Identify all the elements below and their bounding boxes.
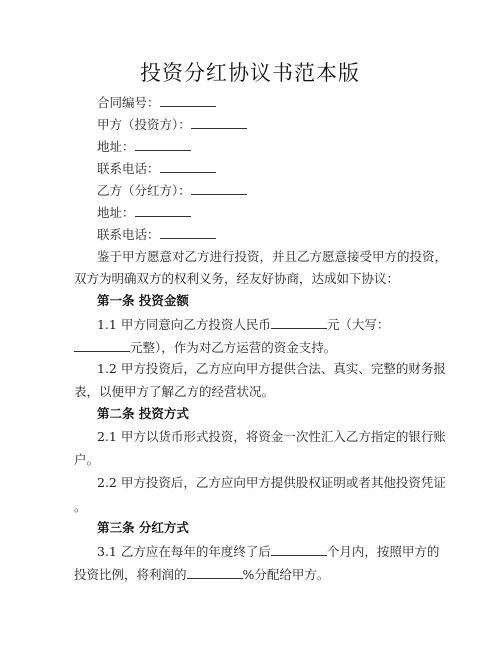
field-party-b: 乙方（分红方）： <box>97 182 247 199</box>
field-party-b-address: 地址： <box>97 204 191 221</box>
document-page: 投资分红协议书范本版 合同编号： 甲方（投资方）： 地址： 联系电话： 乙方（分… <box>0 0 500 647</box>
clause-2-2-line-1: 2.2 甲方投资后，乙方应向甲方提供股权证明或者其他投资凭证 <box>97 475 446 491</box>
clause-text: 个月内，按照甲方的 <box>327 544 440 559</box>
field-label: 甲方（投资方）： <box>97 117 191 132</box>
document-title: 投资分红协议书范本版 <box>0 57 500 87</box>
party-a-blank[interactable] <box>191 116 247 129</box>
party-b-address-blank[interactable] <box>135 204 191 217</box>
field-party-a: 甲方（投资方）： <box>97 116 247 133</box>
contract-number-blank[interactable] <box>160 94 216 107</box>
clause-1-1-line-1: 1.1 甲方同意向乙方投资人民币元（大写： <box>97 316 389 333</box>
clause-2-1-line-2: 户。 <box>74 452 99 468</box>
section-2-heading: 第二条 投资方式 <box>97 406 189 422</box>
field-label: 合同编号： <box>97 95 160 110</box>
clause-2-2-line-2: 。 <box>74 499 87 515</box>
party-a-phone-blank[interactable] <box>160 160 216 173</box>
clause-text: 元整），作为对乙方运营的资金支持。 <box>130 340 336 355</box>
profit-percent-blank[interactable] <box>187 566 243 579</box>
clause-text: 投资比例，将利润的 <box>74 567 187 582</box>
clause-text: 元（大写： <box>327 317 390 332</box>
clause-text: 3.1 乙方应在每年的年度终了后 <box>97 544 271 559</box>
field-party-b-phone: 联系电话： <box>97 226 216 243</box>
field-contract-number: 合同编号： <box>97 94 216 111</box>
party-a-address-blank[interactable] <box>135 138 191 151</box>
field-label: 乙方（分红方）： <box>97 183 191 198</box>
clause-3-1-line-2: 投资比例，将利润的%分配给甲方。 <box>74 566 329 583</box>
field-label: 地址： <box>97 139 135 154</box>
section-3-heading: 第三条 分红方式 <box>97 520 189 536</box>
clause-1-1-line-2: 元整），作为对乙方运营的资金支持。 <box>74 339 336 356</box>
section-1-heading: 第一条 投资金额 <box>97 293 189 309</box>
months-blank[interactable] <box>271 543 327 556</box>
investment-amount-blank[interactable] <box>271 316 327 329</box>
clause-text: 1.1 甲方同意向乙方投资人民币 <box>97 317 271 332</box>
field-label: 联系电话： <box>97 227 160 242</box>
field-label: 联系电话： <box>97 161 160 176</box>
field-label: 地址： <box>97 205 135 220</box>
clause-text: %分配给甲方。 <box>243 567 330 582</box>
clause-2-1-line-1: 2.1 甲方以货币形式投资，将资金一次性汇入乙方指定的银行账 <box>97 429 446 445</box>
preamble-line-1: 鉴于甲方愿意对乙方进行投资，并且乙方愿意接受甲方的投资， <box>97 249 447 265</box>
preamble-line-2: 双方为明确双方的权利义务，经友好协商，达成如下协议： <box>74 271 399 287</box>
clause-3-1-line-1: 3.1 乙方应在每年的年度终了后个月内，按照甲方的 <box>97 543 439 560</box>
party-b-phone-blank[interactable] <box>160 226 216 239</box>
clause-1-2-line-1: 1.2 甲方投资后，乙方应向甲方提供合法、真实、完整的财务报 <box>97 361 446 377</box>
field-party-a-address: 地址： <box>97 138 191 155</box>
amount-in-words-blank[interactable] <box>74 339 130 352</box>
field-party-a-phone: 联系电话： <box>97 160 216 177</box>
party-b-blank[interactable] <box>191 182 247 195</box>
clause-1-2-line-2: 表，以便甲方了解乙方的经营状况。 <box>74 384 274 400</box>
